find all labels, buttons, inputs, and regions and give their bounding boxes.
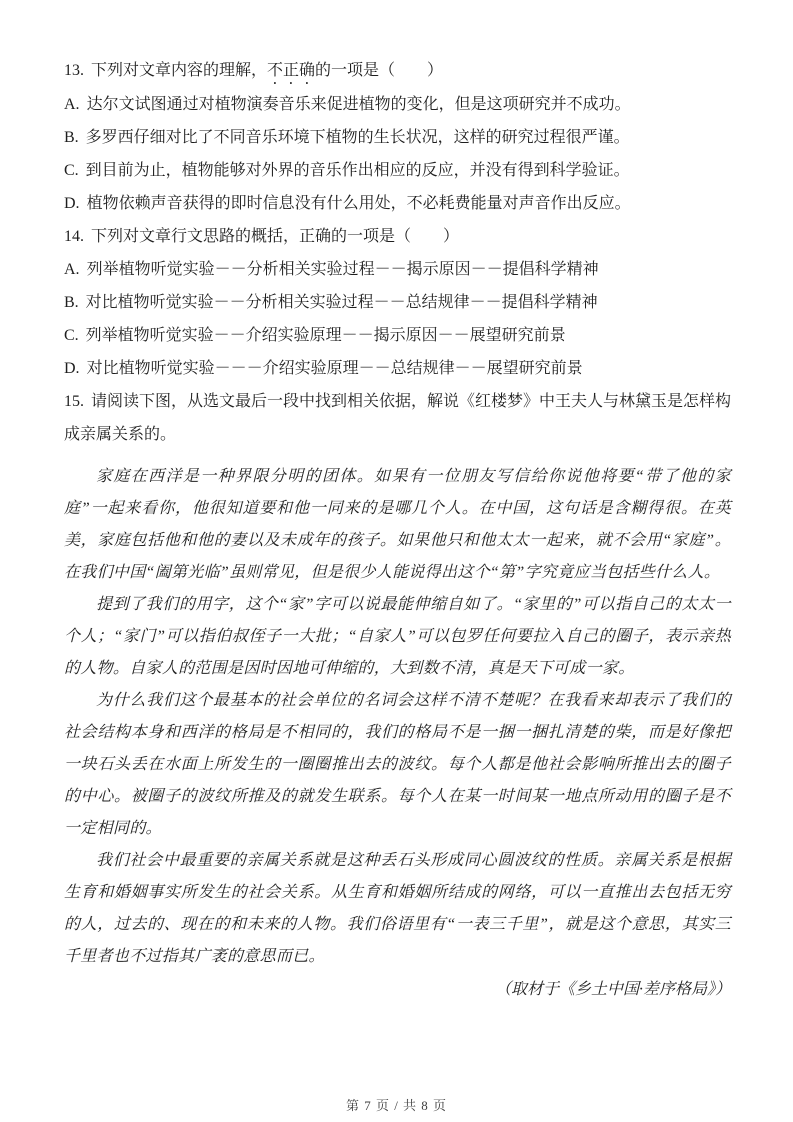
question-13-option-c: C.到目前为止，植物能够对外界的音乐作出相应的反应，并没有得到科学验证。 [64, 154, 731, 187]
question-14-stem-prefix: 下列对文章行文思路的概括，正确的一项是（ ） [91, 228, 459, 245]
option-text: 列举植物听觉实验－－分析相关实验过程－－揭示原因－－提倡科学精神 [87, 261, 599, 278]
page-number-text: 第 7 页 / 共 8 页 [346, 1098, 447, 1113]
passage-attribution: （取材于《乡土中国·差序格局》） [64, 973, 731, 1007]
question-14: 14.下列对文章行文思路的概括，正确的一项是（ ） A.列举植物听觉实验－－分析… [64, 220, 731, 385]
reading-passage: 家庭在西洋是一种界限分明的团体。如果有一位朋友写信给你说他将要“带了他的家庭”一… [64, 461, 731, 1007]
option-label: B. [64, 294, 79, 311]
question-14-number: 14. [64, 228, 84, 245]
option-text: 对比植物听觉实验－－分析相关实验过程－－总结规律－－提倡科学精神 [86, 294, 598, 311]
option-text: 多罗西仔细对比了不同音乐环境下植物的生长状况，这样的研究过程很严谨。 [86, 129, 630, 146]
question-14-option-a: A.列举植物听觉实验－－分析相关实验过程－－揭示原因－－提倡科学精神 [64, 253, 731, 286]
option-label: B. [64, 129, 79, 146]
question-15-number: 15. [64, 393, 84, 410]
question-14-option-c: C.列举植物听觉实验－－介绍实验原理－－揭示原因－－展望研究前景 [64, 319, 731, 352]
option-label: A. [64, 96, 80, 113]
passage-paragraph-3: 为什么我们这个最基本的社会单位的名词会这样不清不楚呢？在我看来却表示了我们的社会… [64, 685, 731, 845]
question-13-stem-prefix: 下列对文章内容的理解， [91, 62, 267, 79]
option-text: 列举植物听觉实验－－介绍实验原理－－揭示原因－－展望研究前景 [86, 327, 566, 344]
question-15-stem: 15.请阅读下图，从选文最后一段中找到相关依据，解说《红楼梦》中王夫人与林黛玉是… [64, 385, 731, 451]
option-text: 到目前为止，植物能够对外界的音乐作出相应的反应，并没有得到科学验证。 [86, 162, 630, 179]
option-label: A. [64, 261, 80, 278]
question-13-stem-suffix: 的一项是（ ） [315, 62, 443, 79]
option-label: C. [64, 327, 79, 344]
page-content: 13.下列对文章内容的理解，不正确的一项是（ ） A.达尔文试图通过对植物演奏音… [64, 54, 731, 1007]
option-label: D. [64, 360, 80, 377]
question-13-option-b: B.多罗西仔细对比了不同音乐环境下植物的生长状况，这样的研究过程很严谨。 [64, 121, 731, 154]
question-13-option-d: D.植物依赖声音获得的即时信息没有什么用处，不必耗费能量对声音作出反应。 [64, 187, 731, 220]
question-15: 15.请阅读下图，从选文最后一段中找到相关依据，解说《红楼梦》中王夫人与林黛玉是… [64, 385, 731, 451]
option-text: 植物依赖声音获得的即时信息没有什么用处，不必耗费能量对声音作出反应。 [87, 195, 631, 212]
option-label: C. [64, 162, 79, 179]
question-13-option-a: A.达尔文试图通过对植物演奏音乐来促进植物的变化，但是这项研究并不成功。 [64, 88, 731, 121]
question-13-stem: 13.下列对文章内容的理解，不正确的一项是（ ） [64, 54, 731, 88]
passage-paragraph-4: 我们社会中最重要的亲属关系就是这种丢石头形成同心圆波纹的性质。亲属关系是根据生育… [64, 845, 731, 973]
passage-paragraph-1: 家庭在西洋是一种界限分明的团体。如果有一位朋友写信给你说他将要“带了他的家庭”一… [64, 461, 731, 589]
page-footer: 第 7 页 / 共 8 页 [0, 1095, 793, 1114]
option-text: 对比植物听觉实验－－－介绍实验原理－－总结规律－－展望研究前景 [87, 360, 583, 377]
question-13: 13.下列对文章内容的理解，不正确的一项是（ ） A.达尔文试图通过对植物演奏音… [64, 54, 731, 220]
question-14-option-d: D.对比植物听觉实验－－－介绍实验原理－－总结规律－－展望研究前景 [64, 352, 731, 385]
question-14-option-b: B.对比植物听觉实验－－分析相关实验过程－－总结规律－－提倡科学精神 [64, 286, 731, 319]
question-13-stem-emphasis: 不正确 [267, 62, 315, 79]
question-13-number: 13. [64, 62, 84, 79]
option-label: D. [64, 195, 80, 212]
passage-paragraph-2: 提到了我们的用字，这个“家”字可以说最能伸缩自如了。“家里的”可以指自己的太太一… [64, 589, 731, 685]
exam-document-page: 13.下列对文章内容的理解，不正确的一项是（ ） A.达尔文试图通过对植物演奏音… [0, 0, 793, 1122]
option-text: 达尔文试图通过对植物演奏音乐来促进植物的变化，但是这项研究并不成功。 [87, 96, 631, 113]
question-14-stem: 14.下列对文章行文思路的概括，正确的一项是（ ） [64, 220, 731, 253]
question-15-stem-text: 请阅读下图，从选文最后一段中找到相关依据，解说《红楼梦》中王夫人与林黛玉是怎样构… [64, 393, 731, 443]
